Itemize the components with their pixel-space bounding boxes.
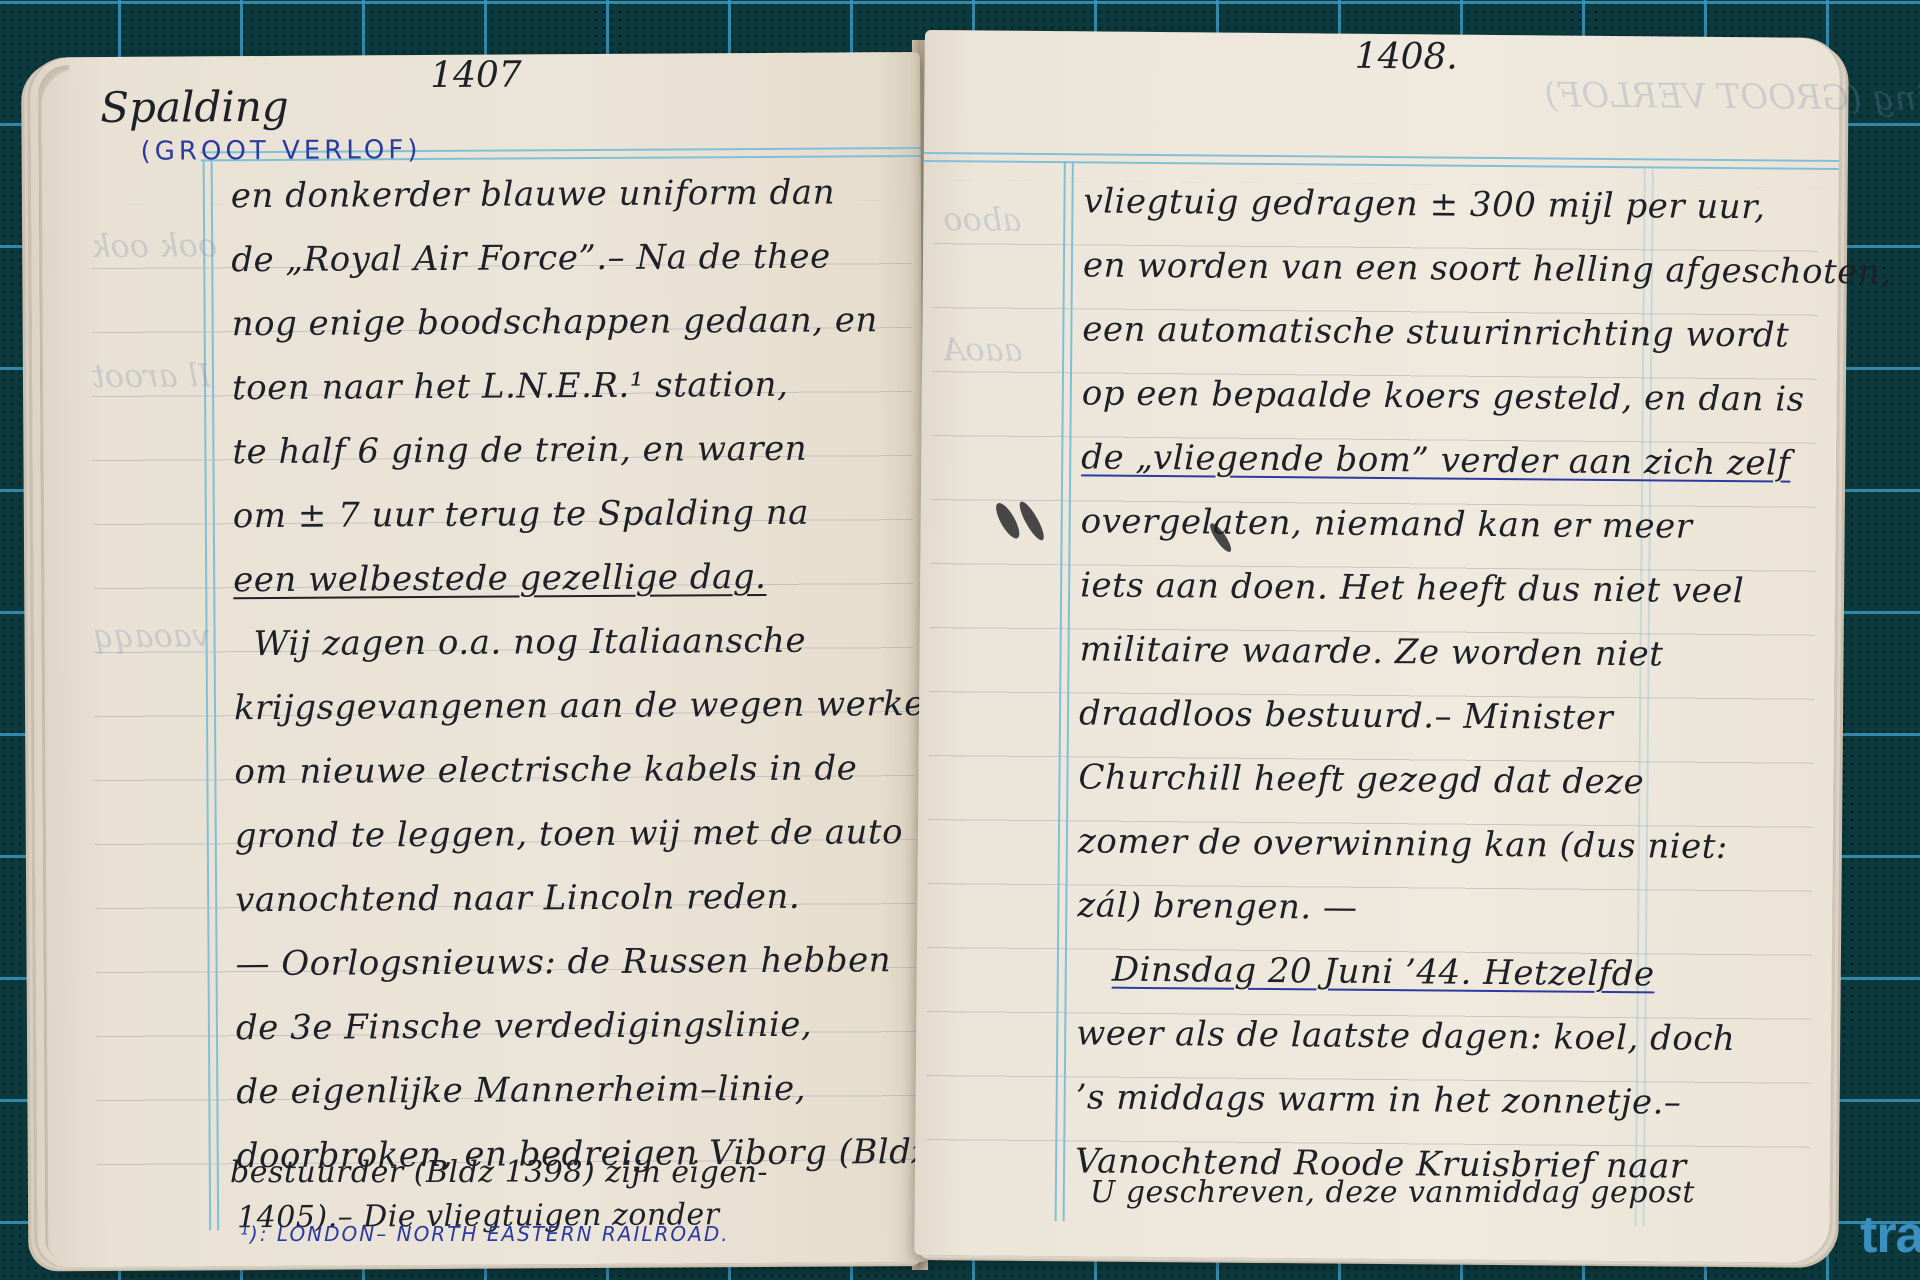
text-line: nog enige boodschappen gedaan, en [232,300,878,344]
top-margin-rule [924,152,1839,170]
bleedthrough-text: aboo [943,200,1021,239]
left-page-bottom: bestuurder (Bldz 1398) zijn eigen- [230,1155,768,1190]
text-line: de eigenlijke Mannerheim–linie, [236,1069,806,1112]
text-line: vliegtuig gedragen ± 300 mijl per uur, [1083,181,1765,227]
page-number: 1407 [430,54,522,96]
text-line: overgelaten, niemand kan er meer [1081,501,1693,546]
text-line: om nieuwe electrische kabels in de [234,748,857,792]
right-page-bottom: U geschreven, deze vanmiddag gepost [1090,1175,1695,1210]
text-line: op een bepaalde koers gesteld, en dan is [1082,373,1805,419]
text-line: zomer de overwinning kan (dus niet: [1078,821,1728,867]
text-line: Churchill heeft gezegd dat deze [1078,757,1644,802]
page-stack-edges [38,65,76,1259]
footnote: ¹): LONDON– NORTH EASTERN RAILROAD. [240,1222,730,1246]
text-line: weer als de laatste dagen: koel, doch [1076,1013,1735,1059]
page-number: 1408. [1355,36,1458,78]
open-notebook: Spalding (GROOT VERLOF) 1407 ook ook Il … [0,0,1920,1280]
text-line: en worden van een soort helling afgescho… [1083,245,1892,292]
text-line: om ± 7 uur terug te Spalding na [233,493,809,537]
text-line: een automatische stuurinrichting wordt [1082,309,1789,355]
text-line: ’s middags warm in het zonnetje.– [1076,1077,1682,1122]
bleedthrough-text: aaoA [942,330,1023,369]
text-line: grond te leggen, toen wij met de auto [235,812,904,856]
date-heading: Dinsdag 20 Juni ’44. Hetzelfde [1112,950,1655,995]
text-line: vanochtend naar Lincoln reden. [235,877,800,920]
text-line: krijgsgevangenen aan de wegen werken [234,684,947,728]
text-line-underlined: de „vliegende bom” verder aan zich zelf [1081,437,1791,483]
text-line: bestuurder (Bldz 1398) zijn eigen- [230,1155,768,1190]
bleedthrough-text: vaoaqq [93,616,210,655]
right-page: 1408. Spalding (GROOT VERLOF) aboo aaoA … [914,30,1840,1263]
text-line: de „Royal Air Force”.– Na de thee [231,237,831,281]
text-line-underlined: een welbestede gezellige dag. [233,557,766,600]
text-line: de 3e Finsche verdedigingslinie, [236,1005,812,1049]
text-line: draadloos bestuurd.– Minister [1079,693,1614,738]
text-line: militaire waarde. Ze worden niet [1079,629,1663,674]
text-line: zál) brengen. — [1077,885,1357,927]
left-page: Spalding (GROOT VERLOF) 1407 ook ook Il … [30,52,927,1267]
text-line: iets aan doen. Het heeft dus niet veel [1080,565,1744,611]
bleedthrough-header: Spalding (GROOT VERLOF) [1544,75,1920,119]
header-subtitle: (GROOT VERLOF) [141,135,422,167]
text-line: Wij zagen o.a. nog Italiaansche [253,621,806,664]
text-line: te half 6 ging de trein, en waren [232,429,807,473]
text-line: en donkerder blauwe uniform dan [231,173,835,217]
bleedthrough-text: Il aroot [92,356,211,395]
text-line: — Oorlogsnieuws: de Russen hebben [235,940,891,984]
text-line: toen naar het L.N.E.R.¹ station, [232,365,789,408]
text-line: U geschreven, deze vanmiddag gepost [1090,1175,1695,1210]
bleedthrough-text: ook ook [91,226,217,265]
header-place: Spalding [100,82,289,132]
